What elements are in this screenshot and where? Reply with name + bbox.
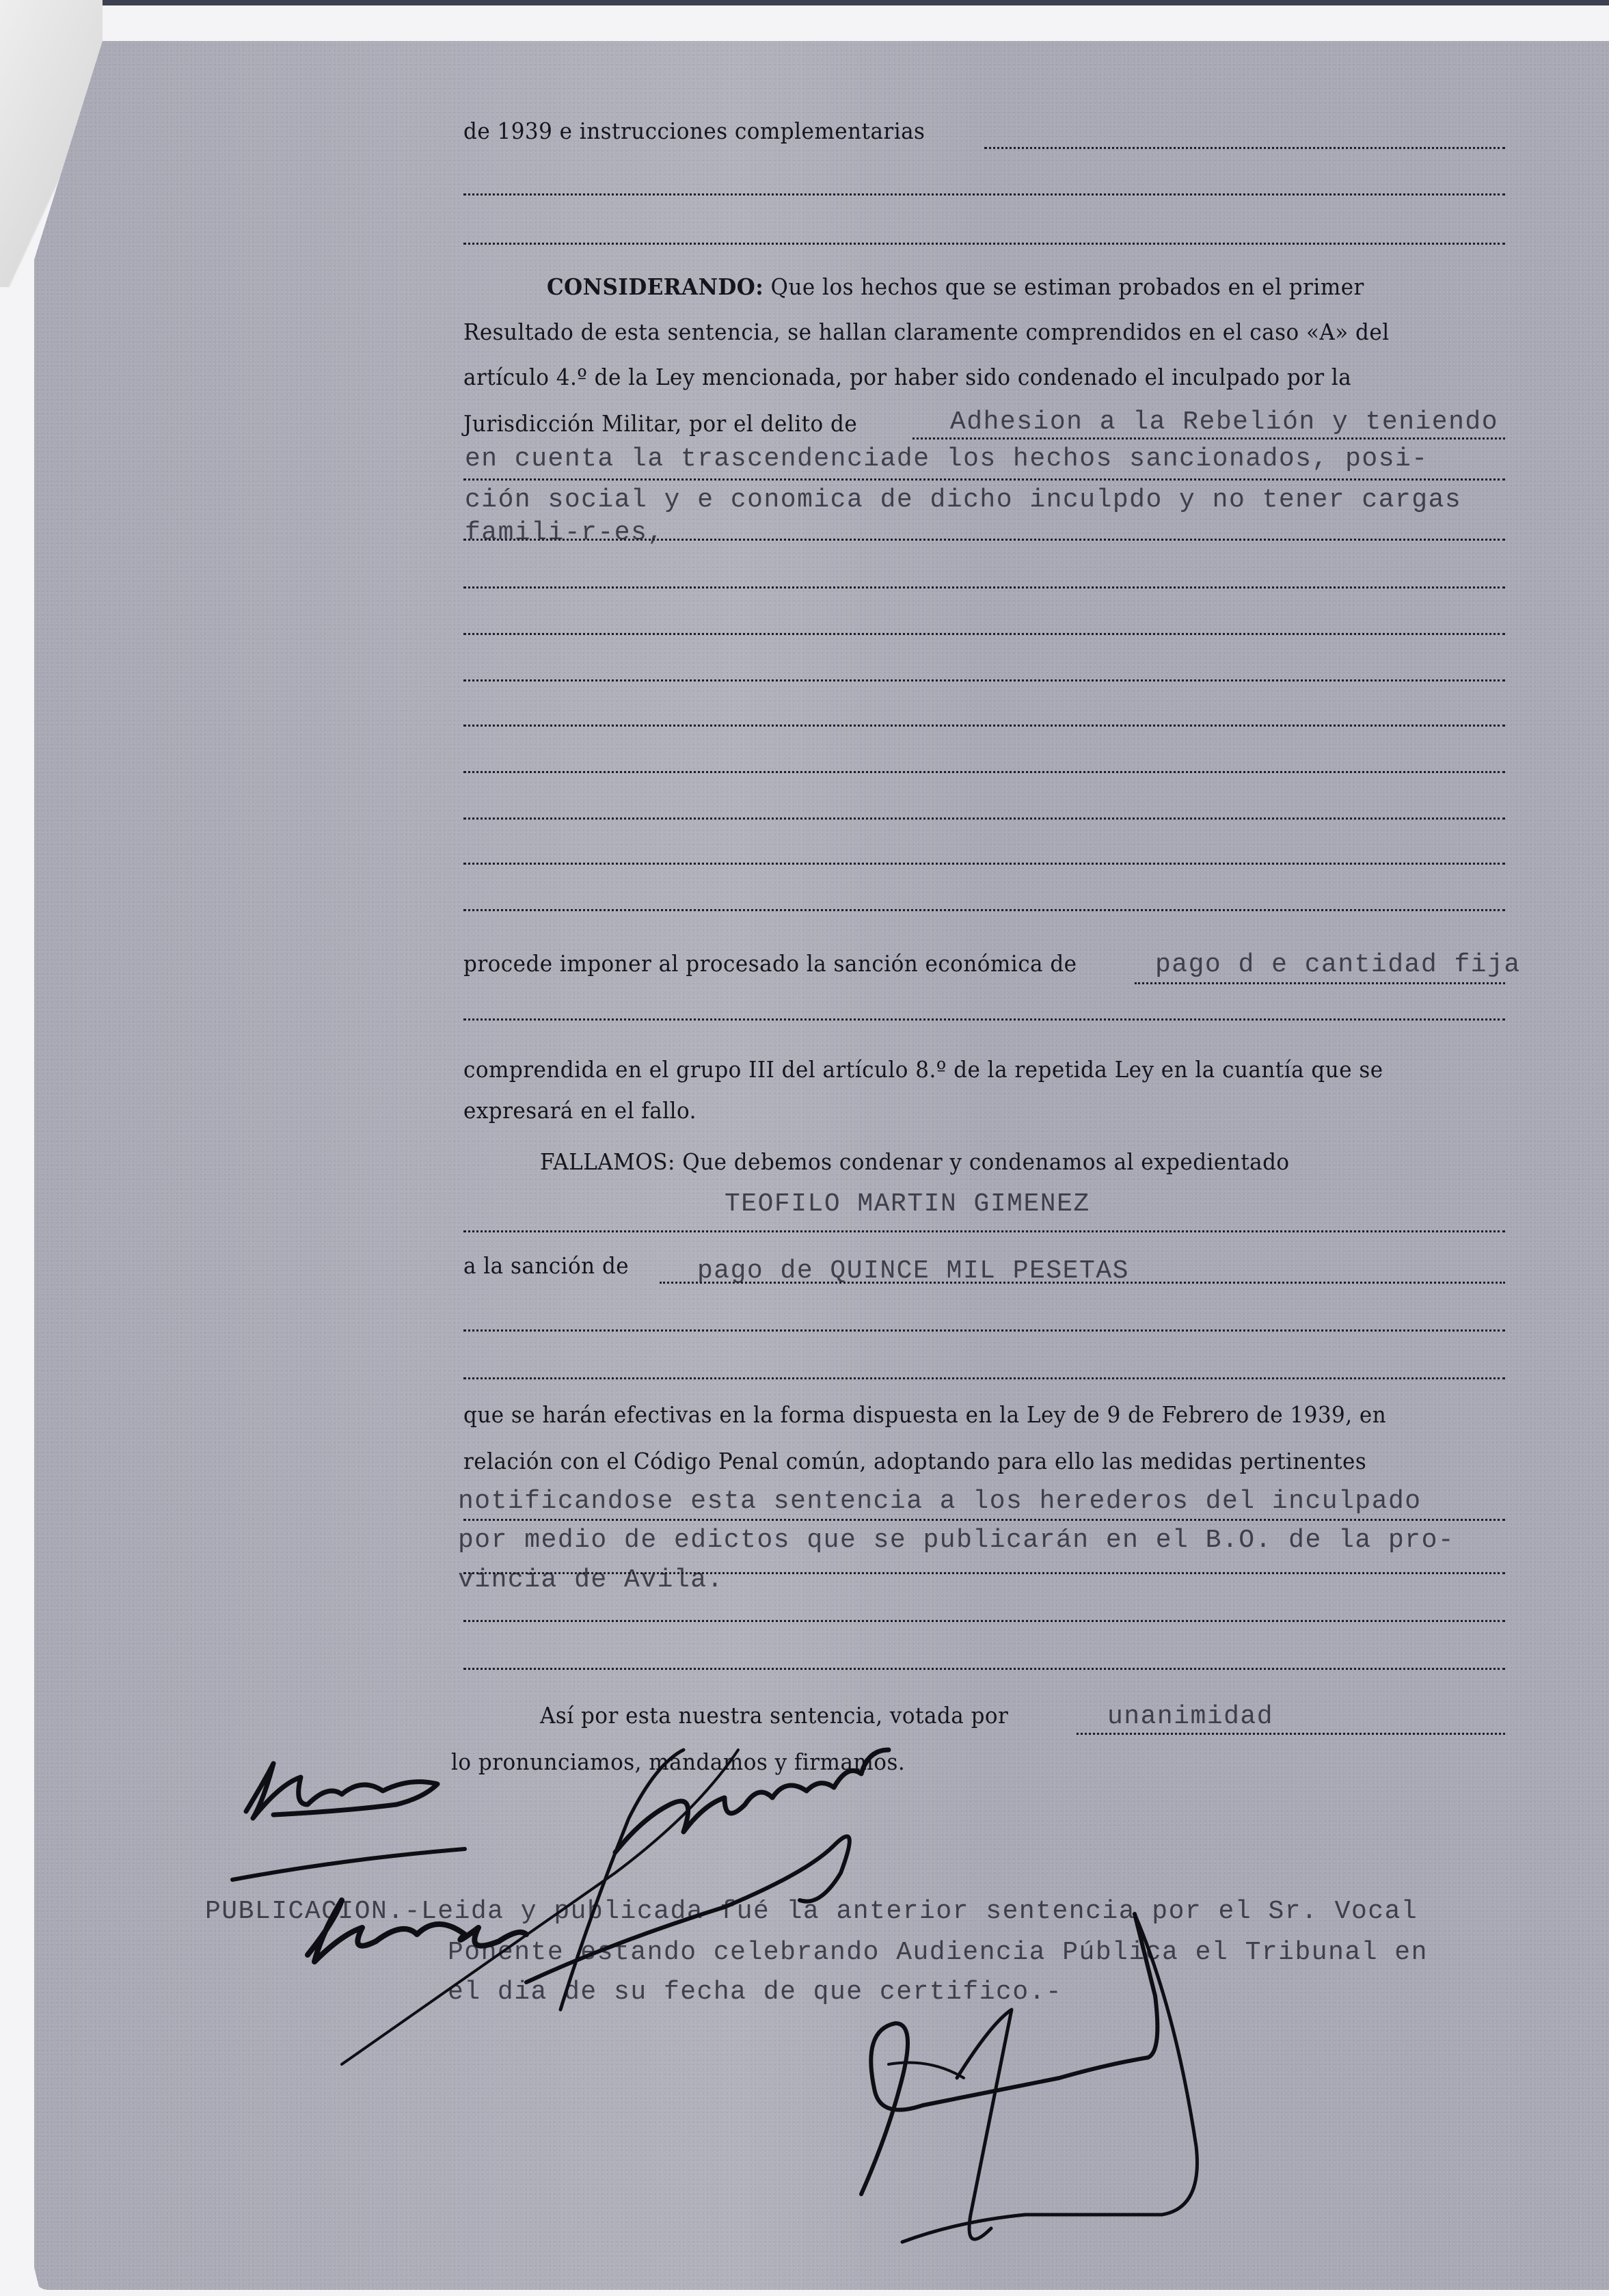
typed-line: por medio de edictos que se publicarán e… (458, 1526, 1455, 1555)
ruled-line (463, 679, 1505, 681)
ruled-line (463, 539, 1505, 541)
ruled-line (463, 1377, 1505, 1379)
cierre-line-1: Así por esta nuestra sentencia, votada p… (540, 1702, 1008, 1729)
typed-sancion-amount: pago de QUINCE MIL PESETAS (697, 1256, 1129, 1286)
signature-2 (232, 1750, 738, 2064)
considerando-line-4: Jurisdicción Militar, por el delito de (463, 410, 857, 437)
typed-votacion: unanimidad (1107, 1702, 1273, 1731)
ruled-line (912, 437, 1505, 440)
sancion-de-label: a la sanción de (463, 1252, 629, 1279)
ruled-line (463, 1519, 1505, 1521)
ruled-line (463, 586, 1505, 589)
signature-1 (246, 1764, 437, 1818)
ruled-line (984, 147, 1505, 149)
typed-line: notificandose esta sentencia a los hered… (458, 1487, 1422, 1516)
ruled-line (463, 1230, 1505, 1232)
ruled-line (463, 193, 1505, 195)
signature-secretary (861, 1914, 1197, 2242)
considerando-label: CONSIDERANDO: (547, 273, 763, 300)
typed-line: en cuenta la trascendenciade los hechos … (465, 444, 1429, 474)
ruled-line (463, 478, 1505, 481)
ruled-line (463, 633, 1505, 635)
ruled-line (463, 725, 1505, 727)
typed-line: famili-r-es, (465, 518, 664, 548)
fallamos-line: FALLAMOS: Que debemos condenar y condena… (540, 1148, 1290, 1175)
ruled-line (463, 771, 1505, 773)
fallamos-label: FALLAMOS: (540, 1148, 675, 1175)
typed-delito: Adhesion a la Rebelión y teniendo (950, 407, 1498, 437)
scan-edge (0, 0, 1609, 5)
sancion-line-3: expresará en el fallo. (463, 1097, 697, 1124)
considerando-line-2: Resultado de esta sentencia, se hallan c… (463, 319, 1390, 345)
considerando-line-3: artículo 4.º de la Ley mencionada, por h… (463, 364, 1351, 390)
intro-line: de 1939 e instrucciones complementarias (463, 118, 925, 144)
ruled-line (463, 1572, 1505, 1574)
ruled-line (463, 1329, 1505, 1332)
ruled-line (463, 818, 1505, 820)
ruled-line (463, 909, 1505, 911)
efectivas-line-2: relación con el Código Penal común, adop… (463, 1448, 1366, 1474)
ruled-line (463, 1668, 1505, 1670)
typed-line: vincia de Avila. (458, 1565, 724, 1595)
ruled-line (1135, 982, 1505, 984)
sancion-line-1: procede imponer al procesado la sanción … (463, 950, 1077, 977)
sancion-line-2: comprendida en el grupo III del artículo… (463, 1056, 1383, 1083)
ruled-line (1077, 1733, 1505, 1735)
signatures-block (205, 1736, 1299, 2256)
ruled-line (463, 1018, 1505, 1021)
typed-sancion: pago d e cantidad fija (1155, 950, 1521, 980)
considerando-line-1: CONSIDERANDO: Que los hechos que se esti… (547, 273, 1364, 300)
typed-line: ción social y e conomica de dicho inculp… (465, 485, 1461, 515)
typed-expedientado-name: TEOFILO MARTIN GIMENEZ (725, 1189, 1090, 1219)
ruled-line (463, 1620, 1505, 1622)
ruled-line (463, 243, 1505, 245)
ruled-line (463, 863, 1505, 865)
efectivas-line-1: que se harán efectivas en la forma dispu… (463, 1401, 1386, 1428)
